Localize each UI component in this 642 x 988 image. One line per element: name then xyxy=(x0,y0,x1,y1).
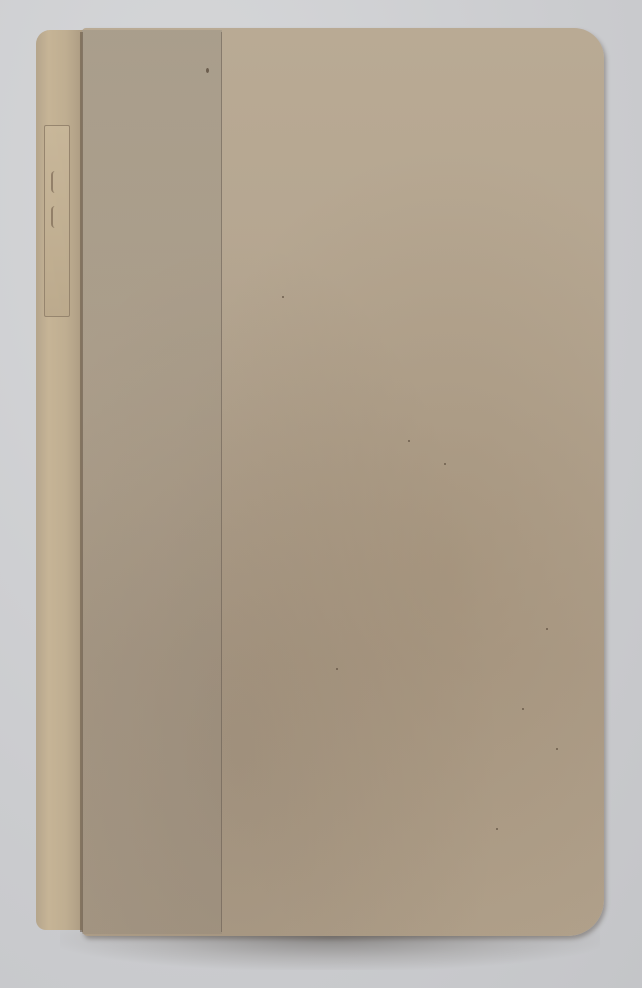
cover-blemish xyxy=(336,668,338,670)
spine-label xyxy=(44,125,70,317)
cover-blemish xyxy=(408,440,410,442)
cover-blemish xyxy=(206,68,209,73)
cover-blemish xyxy=(282,296,284,298)
cover-hinge xyxy=(80,32,83,932)
cover-blemish xyxy=(444,463,446,465)
book-spine xyxy=(36,30,86,930)
cover-seam-line xyxy=(221,32,222,932)
spine-ink-mark xyxy=(51,206,63,228)
cover-paper-strip xyxy=(82,30,222,934)
cover-blemish xyxy=(522,708,524,710)
cover-blemish xyxy=(496,828,498,830)
cover-blemish xyxy=(546,628,548,630)
book xyxy=(36,28,604,938)
cover-blemish xyxy=(556,748,558,750)
spine-ink-mark xyxy=(51,171,63,193)
